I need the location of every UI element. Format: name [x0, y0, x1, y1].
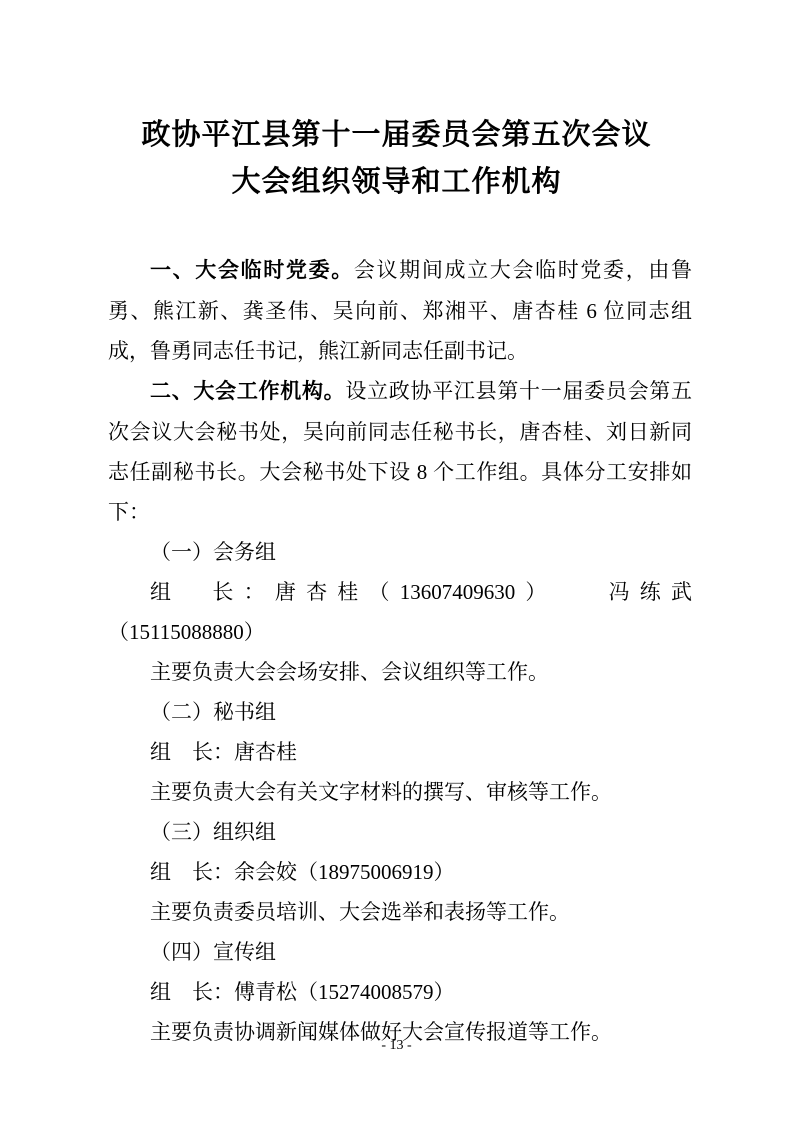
group-heading: （二）秘书组: [108, 692, 692, 732]
group-duty-line: 主要负责委员培训、大会选举和表扬等工作。: [108, 892, 692, 932]
group-section-secretarial: （二）秘书组 组 长：唐杏桂 主要负责大会有关文字材料的撰写、审核等工作。: [108, 692, 692, 812]
paragraph-working-bodies: 二、大会工作机构。设立政协平江县第十一届委员会第五次会议大会秘书处，吴向前同志任…: [108, 371, 692, 532]
group-leader-line: 组 长：唐杏桂（13607409630） 冯练武（15115088880）: [108, 572, 692, 652]
group-section-publicity: （四）宣传组 组 长：傅青松（15274008579） 主要负责协调新闻媒体做好…: [108, 932, 692, 1052]
group-leader-line: 组 长：唐杏桂: [108, 732, 692, 772]
paragraph-lead: 二、大会工作机构。: [150, 380, 345, 403]
document-page: 政协平江县第十一届委员会第五次会议 大会组织领导和工作机构 一、大会临时党委。会…: [0, 0, 793, 1122]
group-heading: （四）宣传组: [108, 932, 692, 972]
group-leader-line: 组 长：余会姣（18975006919）: [108, 852, 692, 892]
group-heading: （三）组织组: [108, 812, 692, 852]
document-body: 一、大会临时党委。会议期间成立大会临时党委，由鲁勇、熊江新、龚圣伟、吴向前、郑湘…: [108, 250, 692, 1052]
paragraph-temporary-party-committee: 一、大会临时党委。会议期间成立大会临时党委，由鲁勇、熊江新、龚圣伟、吴向前、郑湘…: [108, 250, 692, 371]
group-section-organization: （三）组织组 组 长：余会姣（18975006919） 主要负责委员培训、大会选…: [108, 812, 692, 932]
group-heading: （一）会务组: [108, 532, 692, 572]
group-section-conference-affairs: （一）会务组 组 长：唐杏桂（13607409630） 冯练武（15115088…: [108, 532, 692, 692]
page-number: - 13 -: [0, 1037, 793, 1055]
group-leader-line: 组 长：傅青松（15274008579）: [108, 972, 692, 1012]
group-duty-line: 主要负责大会有关文字材料的撰写、审核等工作。: [108, 772, 692, 812]
group-duty-line: 主要负责大会会场安排、会议组织等工作。: [108, 652, 692, 692]
document-title-line-1: 政协平江县第十一届委员会第五次会议: [60, 112, 733, 159]
paragraph-lead: 一、大会临时党委。: [150, 259, 354, 282]
document-title-line-2: 大会组织领导和工作机构: [60, 159, 733, 206]
document-title: 政协平江县第十一届委员会第五次会议 大会组织领导和工作机构: [60, 112, 733, 206]
